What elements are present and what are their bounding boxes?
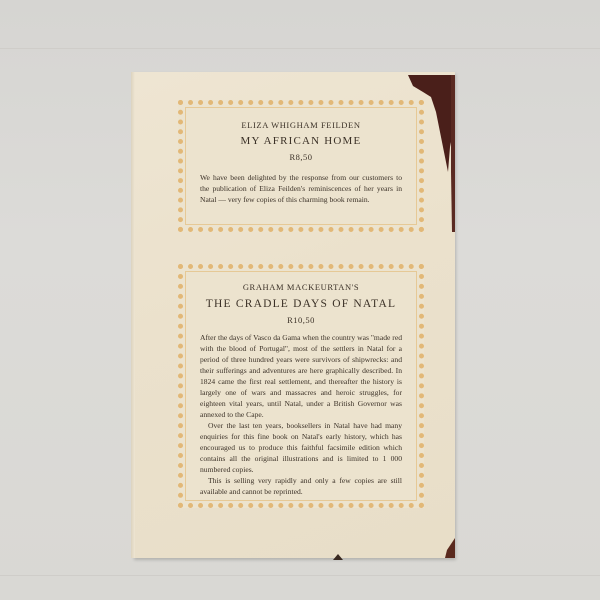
description-paragraph: This is selling very rapidly and only a … [200, 475, 402, 497]
ad-panel-cradle-days-of-natal: GRAHAM MACKEURTAN'S THE CRADLE DAYS OF N… [178, 264, 424, 508]
book-price: R10,50 [200, 315, 402, 325]
book-author: ELIZA WHIGHAM FEILDEN [200, 120, 402, 130]
ad-panel-my-african-home: ELIZA WHIGHAM FEILDEN MY AFRICAN HOME R8… [178, 100, 424, 232]
description-paragraph: After the days of Vasco da Gama when the… [200, 332, 402, 420]
book-title: THE CRADLE DAYS OF NATAL [200, 298, 402, 310]
wall-line [0, 48, 600, 49]
book-price: R8,50 [200, 152, 402, 162]
description-paragraph: Over the last ten years, booksellers in … [200, 420, 402, 475]
book-back-cover: ELIZA WHIGHAM FEILDEN MY AFRICAN HOME R8… [133, 72, 455, 558]
bottom-edge-notch [333, 554, 343, 560]
book-author: GRAHAM MACKEURTAN'S [200, 282, 402, 292]
book-description: We have been delighted by the response f… [200, 172, 402, 205]
book-title: MY AFRICAN HOME [200, 135, 402, 147]
torn-bottom-corner [441, 538, 455, 558]
cover-edge [131, 72, 135, 558]
wall-line [0, 575, 600, 576]
